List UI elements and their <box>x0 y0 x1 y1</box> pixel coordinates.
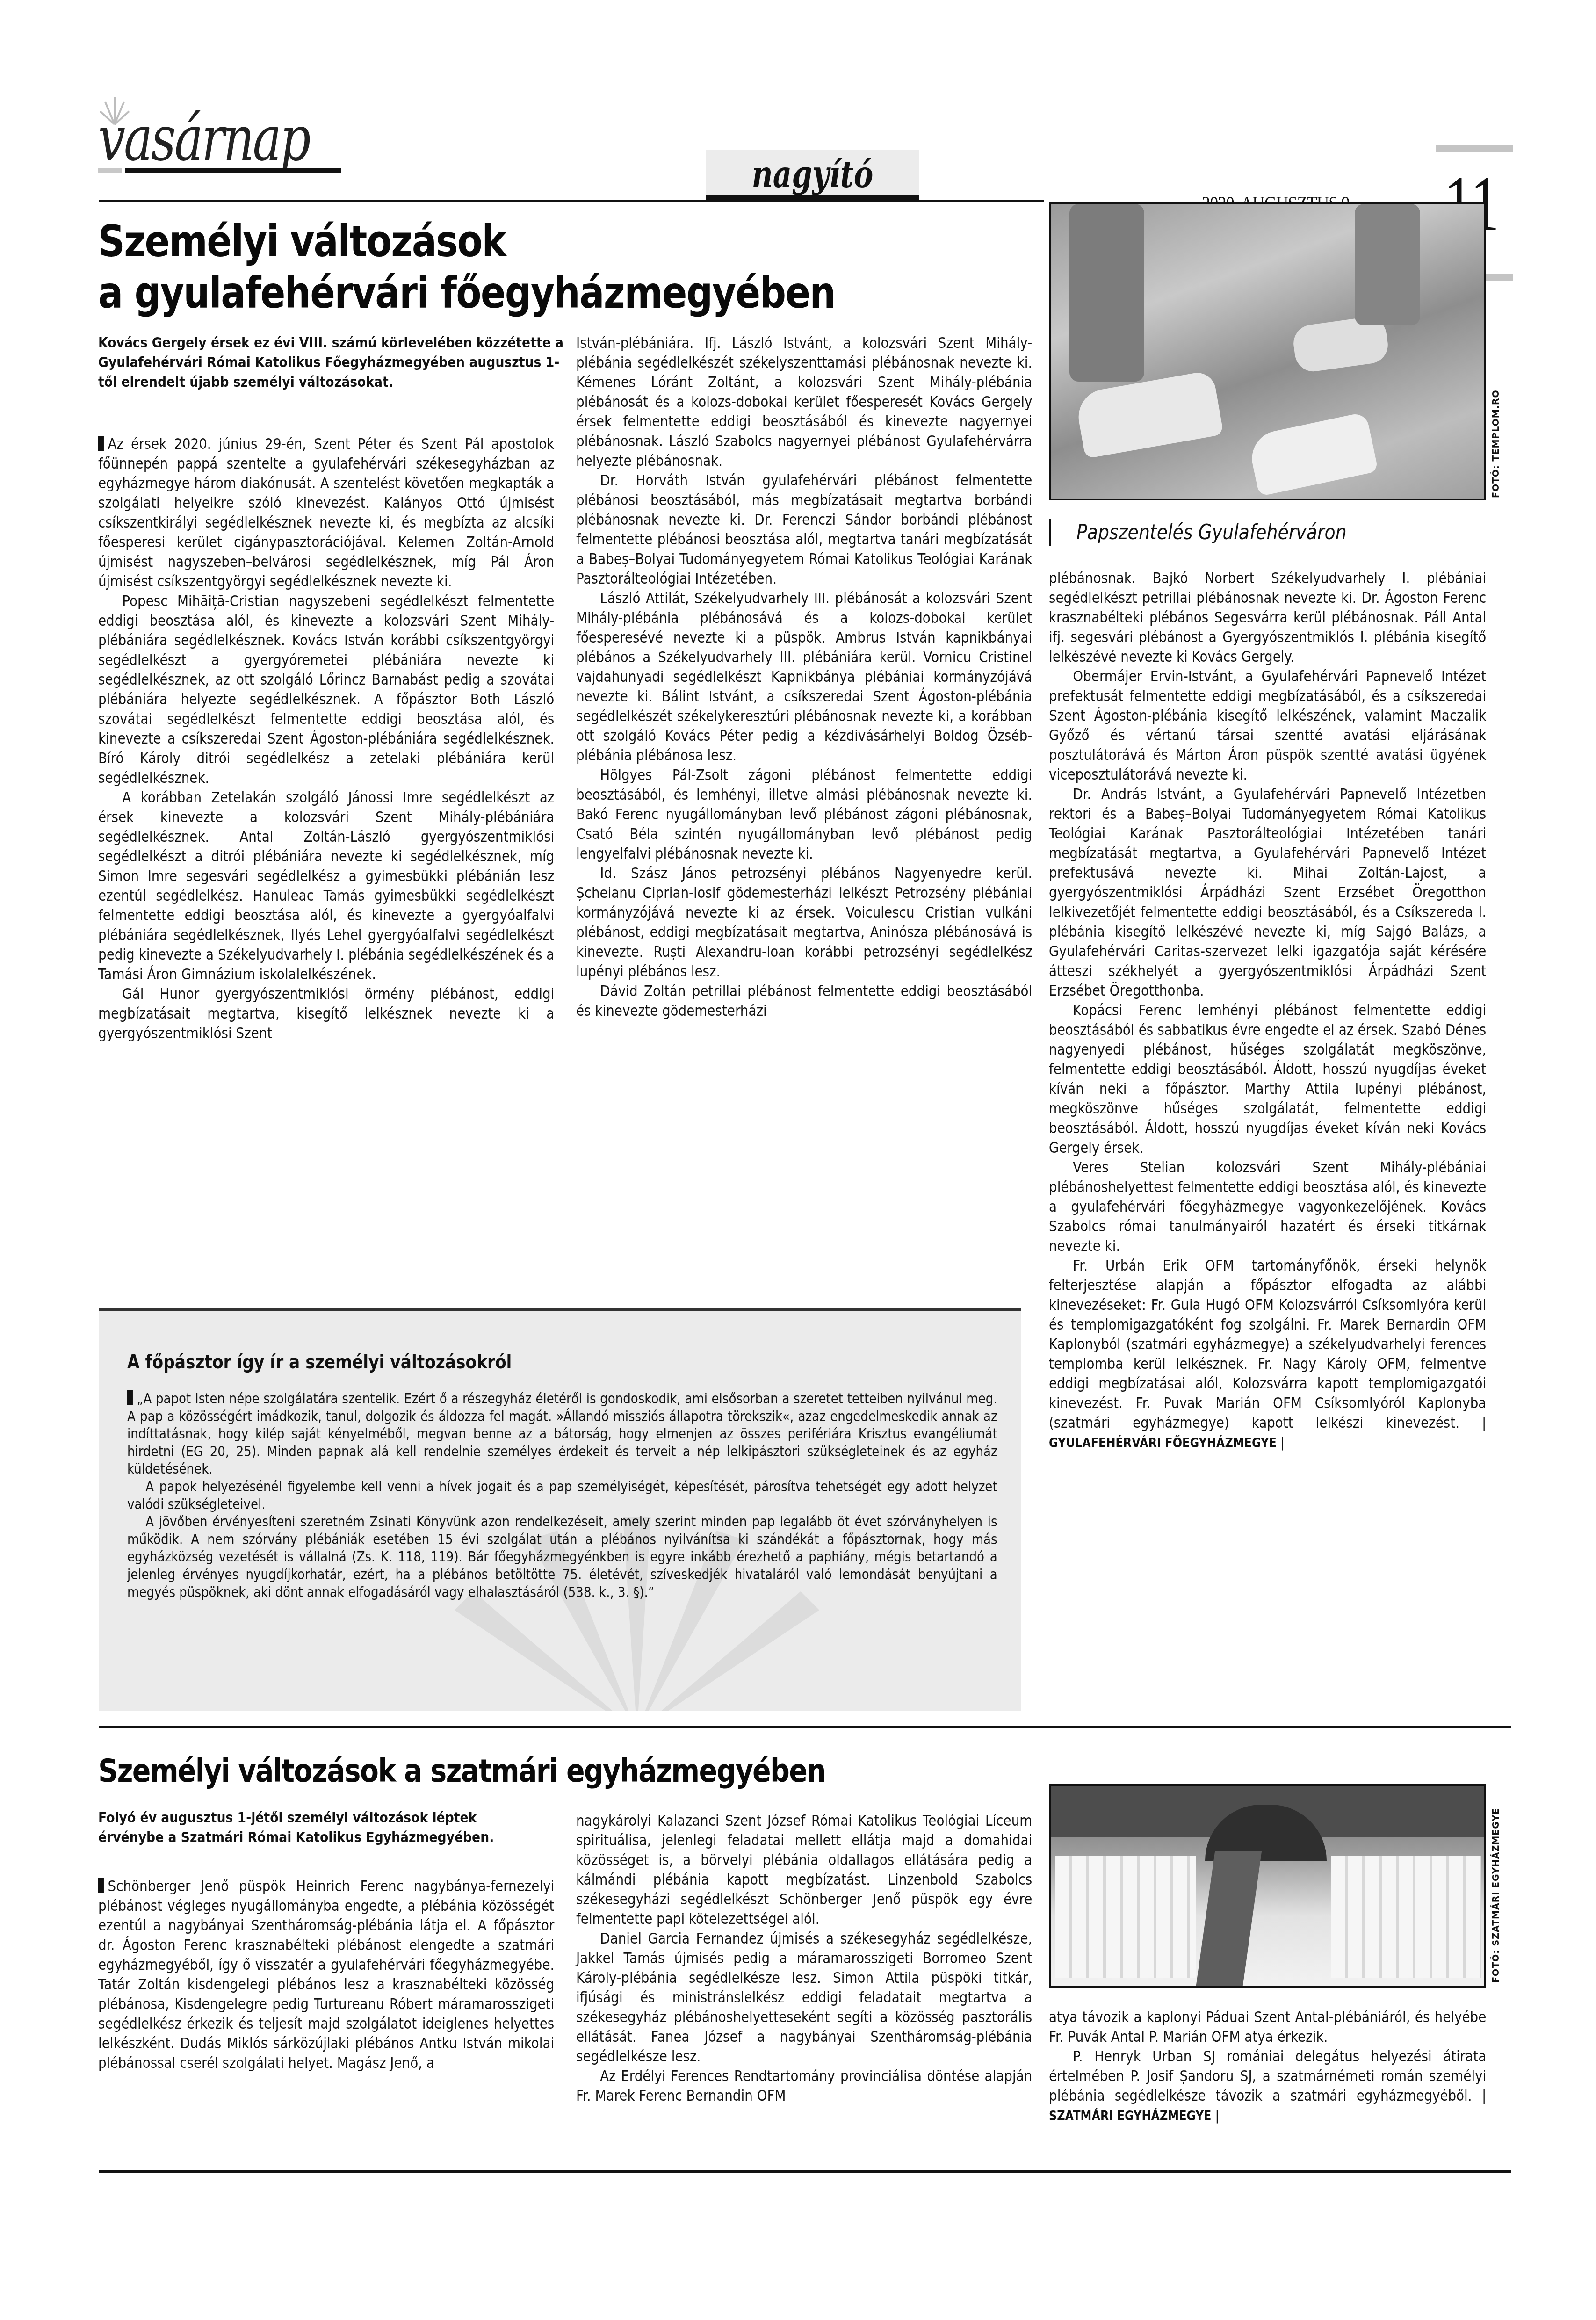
bishop-quote-box: A főpásztor így ír a személyi változások… <box>99 1308 1021 1711</box>
top-rule <box>99 200 1044 202</box>
masthead: vasárnap nagyító 2020. AUGUSZTUS 9. 11 <box>98 94 1501 196</box>
bottom-rule <box>99 2170 1511 2173</box>
paragraph: Popesc Mihăiță-Cristian nagyszebeni segé… <box>98 591 554 788</box>
paragraph-marker-icon <box>98 1878 104 1893</box>
title-line-2: a gyulafehérvári főegyházmegyében <box>98 268 835 318</box>
paragraph: Kopácsi Ferenc lemhényi plébánost felmen… <box>1049 1000 1486 1157</box>
paragraph: plébánosnak. Bajkó Norbert Székelyudvarh… <box>1049 568 1486 666</box>
paragraph: Gál Hunor gyergyószentmiklósi örmény plé… <box>98 984 554 1043</box>
cathedral-photo <box>1049 1784 1486 1988</box>
paragraph: A korábban Zetelakán szolgáló Jánossi Im… <box>98 788 554 984</box>
article2-title: Személyi változások a szatmári egyházmeg… <box>98 1753 825 1790</box>
box-title: A főpásztor így ír a személyi változások… <box>127 1351 512 1374</box>
paragraph: P. Henryk Urban SJ romániai delegátus he… <box>1049 2046 1486 2126</box>
paragraph: atya távozik a kaplonyi Páduai Szent Ant… <box>1049 2007 1486 2046</box>
article2-column-3: atya távozik a kaplonyi Páduai Szent Ant… <box>1049 2007 1486 2157</box>
photo-credit-1: FOTÓ: TEMPLOM.RO <box>1491 390 1501 498</box>
paragraph: Az Erdélyi Ferences Rendtartomány provin… <box>576 2066 1032 2105</box>
article1-lead: Kovács Gergely érsek ez évi VIII. számú … <box>98 333 565 392</box>
paragraph: Fr. Urbán Erik OFM tartományfőnök, érsek… <box>1049 1256 1486 1453</box>
photo-credit-2: FOTÓ: SZATMÁRI EGYHÁZMEGYE <box>1491 1808 1501 1983</box>
ordination-photo <box>1049 202 1486 500</box>
logo-underline <box>98 168 351 173</box>
paragraph: László Attilát, Székelyudvarhely III. pl… <box>576 588 1032 765</box>
paragraph: Dávid Zoltán petrillai plébánost felment… <box>576 981 1032 1020</box>
article2-signoff: SZATMÁRI EGYHÁZMEGYE | <box>1049 2108 1219 2124</box>
section-label: nagyító <box>752 150 874 200</box>
paragraph: Obermájer Ervin-Istvánt, a Gyulafehérvár… <box>1049 666 1486 784</box>
paragraph: Az érsek 2020. június 29-én, Szent Péter… <box>98 434 554 591</box>
paragraph: Schönberger Jenő püspök Heinrich Ferenc … <box>98 1876 554 2073</box>
paragraph: Daniel Garcia Fernandez újmisés a székes… <box>576 1929 1032 2066</box>
article1-column-3: plébánosnak. Bajkó Norbert Székelyudvarh… <box>1049 568 1486 1709</box>
title-line-1: Személyi változások <box>98 217 506 267</box>
newspaper-logo: vasárnap <box>98 103 310 175</box>
article1-column-2: István-plébániára. Ifj. László Istvánt, … <box>576 333 1032 1276</box>
paragraph-marker-icon <box>127 1390 133 1405</box>
paragraph: Dr. András Istvánt, a Gyulafehérvári Pap… <box>1049 784 1486 1000</box>
photo-caption: Papszentelés Gyulafehérváron <box>1049 519 1486 546</box>
box-quote: „A papot Isten népe szolgálatára szentel… <box>127 1390 997 1601</box>
article2-lead: Folyó év augusztus 1-jétől személyi vált… <box>98 1808 541 1847</box>
paragraph: „A papot Isten népe szolgálatára szentel… <box>127 1390 997 1478</box>
paragraph: A papok helyezésénél figyelembe kell ven… <box>127 1478 997 1513</box>
paragraph: Veres Stelian kolozsvári Szent Mihály-pl… <box>1049 1157 1486 1256</box>
section-rule <box>99 1726 1511 1728</box>
article1-signoff: GYULAFEHÉRVÁRI FŐEGYHÁZMEGYE | <box>1049 1435 1285 1451</box>
article2-column-2: nagykárolyi Kalazanci Szent József Római… <box>576 1811 1032 2157</box>
paragraph: Id. Szász János petrozsényi plébános Nag… <box>576 863 1032 981</box>
section-tab: nagyító <box>706 150 919 201</box>
paragraph-marker-icon <box>98 436 104 451</box>
paragraph: Dr. Horváth István gyulafehérvári plébán… <box>576 470 1032 588</box>
paragraph: Hölgyes Pál-Zsolt zágoni plébánost felme… <box>576 765 1032 863</box>
paragraph: A jövőben érvényesíteni szeretném Zsinat… <box>127 1513 997 1601</box>
article1-title: Személyi változások a gyulafehérvári főe… <box>98 216 835 319</box>
article2-column-1: Schönberger Jenő püspök Heinrich Ferenc … <box>98 1876 554 2157</box>
article1-column-1: Az érsek 2020. június 29-én, Szent Péter… <box>98 434 554 1276</box>
paragraph: István-plébániára. Ifj. László Istvánt, … <box>576 333 1032 470</box>
paragraph: nagykárolyi Kalazanci Szent József Római… <box>576 1811 1032 1929</box>
